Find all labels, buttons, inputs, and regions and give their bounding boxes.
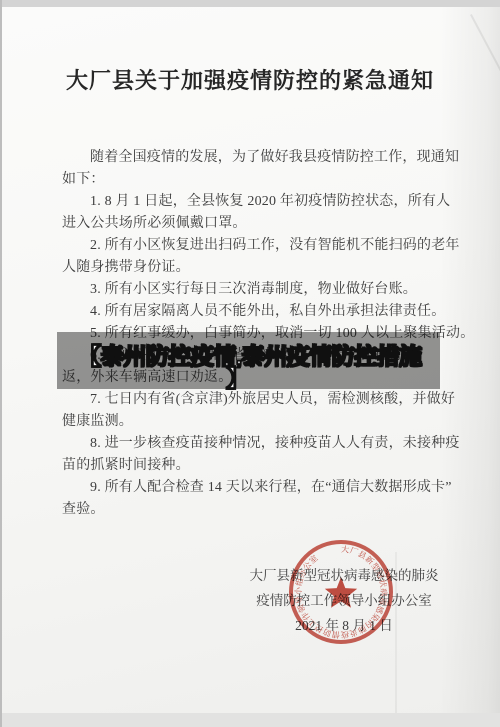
notice-body-line: 如下： [62, 170, 442, 192]
document-photo: 大厂县关于加强疫情防控的紧急通知 随着全国疫情的发展，为了做好我县疫情防控工作，… [0, 0, 500, 727]
notice-body-line: 8. 进一步核查疫苗接种情况，接种疫苗人人有责，未接种疫 [62, 434, 442, 456]
star-icon [325, 577, 357, 608]
notice-body-line: 随着全国疫情的发展，为了做好我县疫情防控工作，现通知 [62, 148, 442, 170]
notice-body-line: 查验。 [62, 500, 442, 522]
notice-body-line: 进入公共场所必须佩戴口罩。 [62, 214, 442, 236]
official-seal: 大厂县新型冠状病毒感染的肺炎疫情防控工作领导小组办公室 [286, 537, 396, 647]
caption-text-line1: 【泰州防控疫情,泰州疫情防控措施 [0, 338, 500, 371]
notice-body-line: 7. 七日内有省(含京津)外旅居史人员，需检测核酸，并做好 [62, 390, 442, 412]
notice-body-line: 人随身携带身份证。 [62, 258, 442, 280]
notice-body-line: 4. 所有居家隔离人员不能外出，私自外出承担法律责任。 [62, 302, 442, 324]
notice-title: 大厂县关于加强疫情防控的紧急通知 [0, 64, 500, 95]
notice-body-line: 1. 8 月 1 日起，全县恢复 2020 年初疫情防控状态，所有人 [62, 192, 442, 214]
notice-body-line: 3. 所有小区实行每日三次消毒制度，物业做好台账。 [62, 280, 442, 302]
photo-edge-bottom [0, 713, 500, 727]
photo-edge-left [0, 0, 2, 727]
notice-body-line: 健康监测。 [62, 412, 442, 434]
photo-edge-top [0, 0, 500, 7]
notice-body-line: 9. 所有人配合检查 14 天以来行程，在“通信大数据形成卡” [62, 478, 442, 500]
caption-text-line2: 】 [226, 360, 249, 393]
notice-body-line: 2. 所有小区恢复进出扫码工作，没有智能机不能扫码的老年 [62, 236, 442, 258]
notice-body-line: 苗的抓紧时间接种。 [62, 456, 442, 478]
